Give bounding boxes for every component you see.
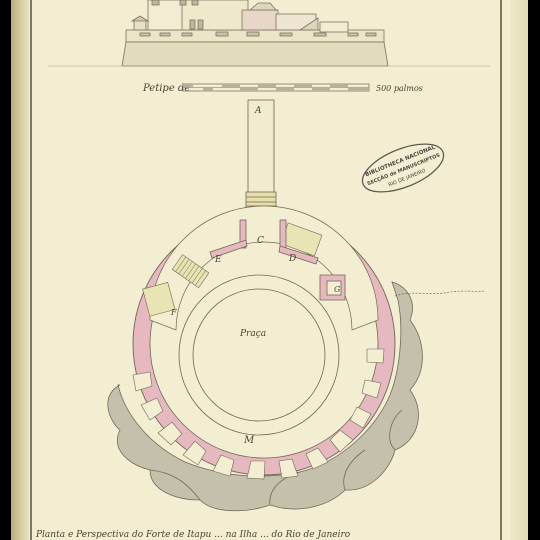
label-praca: Praça bbox=[239, 329, 266, 339]
label-corridor: A bbox=[254, 106, 262, 116]
drawing-caption: Planta e Perspectiva do Forte de Itapu .… bbox=[35, 530, 351, 540]
fort-plan: C E D G F Praça M bbox=[133, 206, 395, 479]
entry-corridor: A bbox=[246, 100, 276, 210]
label-d: D bbox=[288, 254, 296, 264]
library-stamp: BIBLIOTHECA NACIONAL SECÇÃO de MANUSCRIP… bbox=[356, 134, 450, 201]
scale-bar: Petipe de 500 palmos bbox=[142, 83, 423, 94]
label-g: G bbox=[334, 285, 341, 294]
label-f: F bbox=[170, 308, 177, 317]
scale-bar-unit: 500 palmos bbox=[376, 84, 423, 93]
label-c: C bbox=[257, 236, 264, 246]
label-m: M bbox=[243, 435, 255, 446]
fort-drawing: Petipe de 500 palmos BIBLIOTHECA NACIONA… bbox=[0, 0, 540, 540]
label-e: E bbox=[214, 255, 222, 265]
fort-elevation bbox=[48, 0, 490, 66]
